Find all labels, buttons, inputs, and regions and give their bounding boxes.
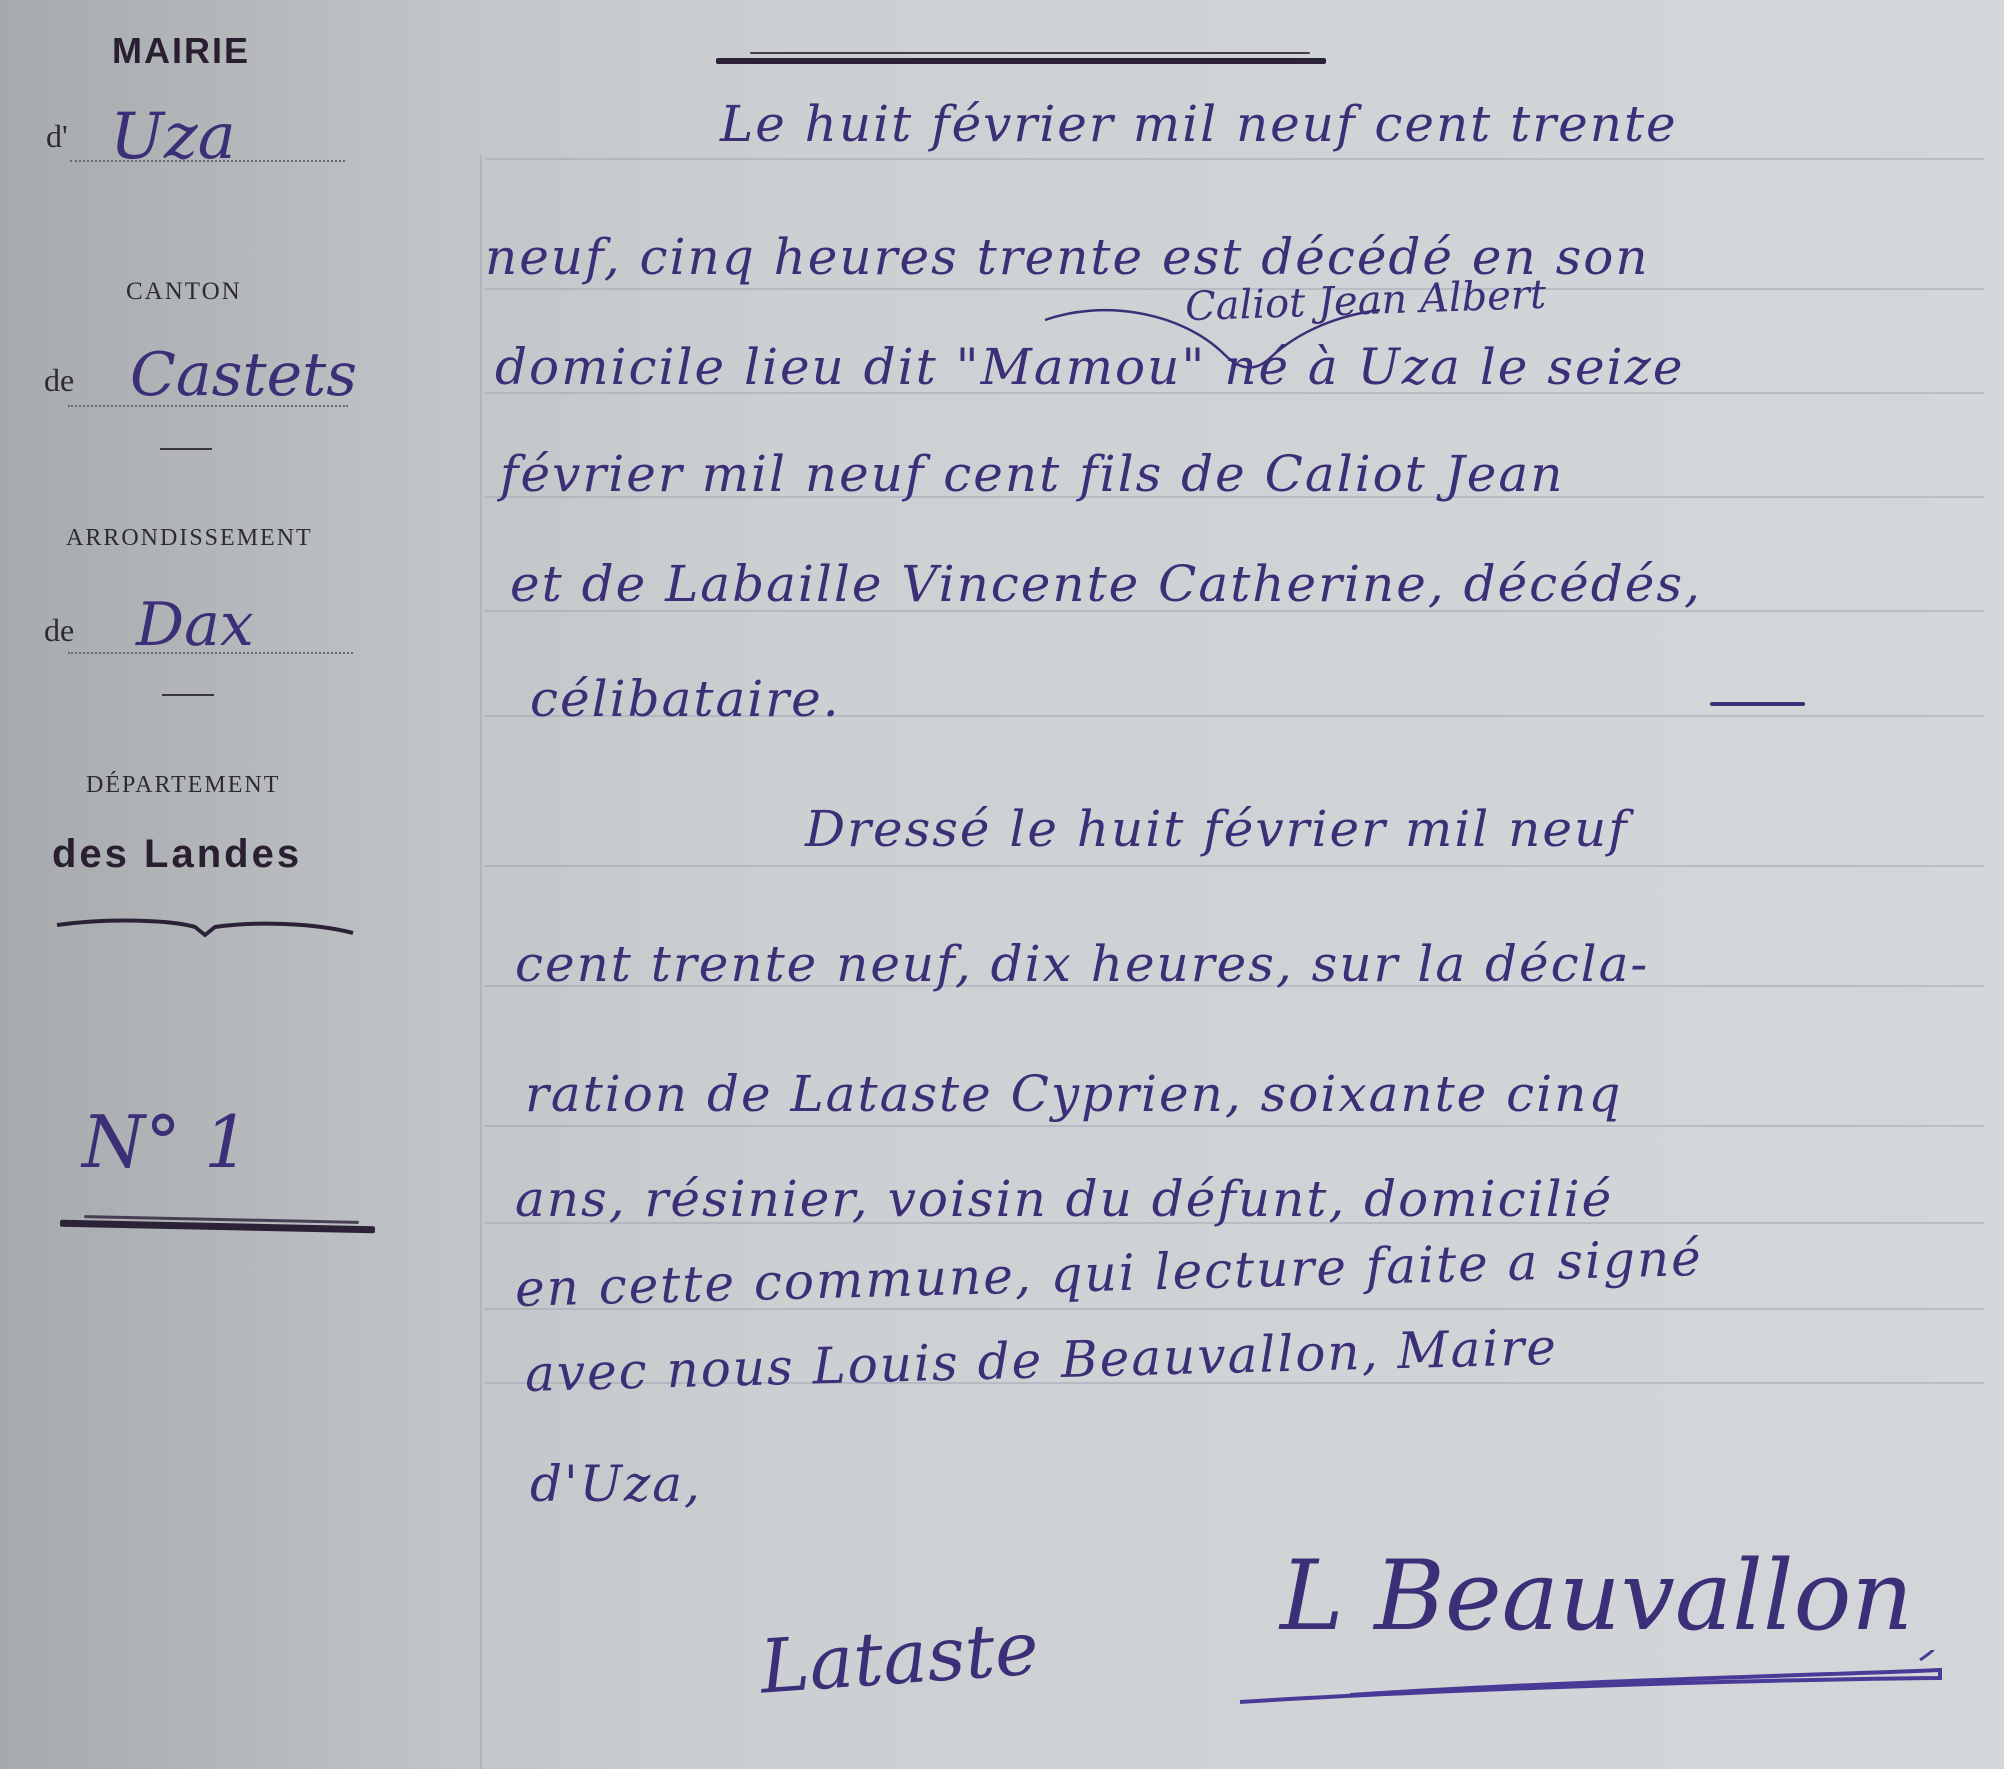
mairie-label: MAIRIE	[112, 30, 250, 72]
declarant-signature: Lataste	[757, 1605, 1041, 1710]
departement-value: des Landes	[52, 832, 302, 877]
mairie-value: Uza	[110, 100, 236, 174]
heading-rule	[716, 58, 1326, 64]
body-line: cent trente neuf, dix heures, sur la déc…	[515, 935, 1649, 993]
body-line: Dressé le huit février mil neuf	[805, 800, 1629, 858]
end-dash	[1710, 702, 1805, 706]
body-line: ans, résinier, voisin du défunt, domicil…	[515, 1170, 1613, 1228]
registry-page: MAIRIE d' Uza CANTON de Castets ARRONDIS…	[0, 0, 2004, 1769]
margin-rule	[480, 155, 482, 1769]
ruled-line	[485, 865, 1984, 867]
separator-dash	[160, 448, 212, 450]
canton-value: Castets	[130, 340, 357, 410]
act-number: N° 1	[82, 1100, 250, 1184]
body-line: en cette commune, qui lecture faite a si…	[514, 1229, 1703, 1318]
canton-label: CANTON	[126, 278, 242, 306]
arrondissement-value: Dax	[136, 590, 254, 660]
canton-dotted-line	[68, 405, 348, 407]
arrondissement-prefix: de	[44, 612, 74, 649]
body-line: domicile lieu dit "Mamou" né à Uza le se…	[495, 338, 1684, 396]
body-line: d'Uza,	[530, 1455, 702, 1513]
departement-label: DÉPARTEMENT	[86, 772, 280, 799]
arrondissement-label: ARRONDISSEMENT	[66, 525, 313, 552]
heading-rule-thin	[750, 52, 1310, 54]
decorative-swash-icon	[55, 915, 355, 945]
body-line: ration de Lataste Cyprien, soixante cinq	[525, 1065, 1622, 1123]
body-line: avec nous Louis de Beauvallon, Maire	[524, 1318, 1558, 1403]
arrondissement-dotted-line	[68, 652, 353, 654]
ruled-line	[485, 1125, 1984, 1127]
ruled-line	[485, 158, 1984, 160]
body-line: célibataire.	[530, 670, 841, 728]
mayor-signature: L Beauvallon	[1280, 1540, 1913, 1652]
body-line: et de Labaille Vincente Catherine, décéd…	[510, 555, 1702, 613]
mairie-prefix: d'	[46, 118, 68, 155]
mairie-dotted-line	[70, 160, 345, 162]
signature-flourish-icon	[1230, 1650, 1950, 1730]
body-line: février mil neuf cent fils de Caliot Jea…	[500, 445, 1564, 503]
separator-dash	[162, 694, 214, 696]
body-line: Le huit février mil neuf cent trente	[720, 95, 1678, 153]
margin-column: MAIRIE d' Uza CANTON de Castets ARRONDIS…	[0, 0, 470, 1769]
canton-prefix: de	[44, 362, 74, 399]
